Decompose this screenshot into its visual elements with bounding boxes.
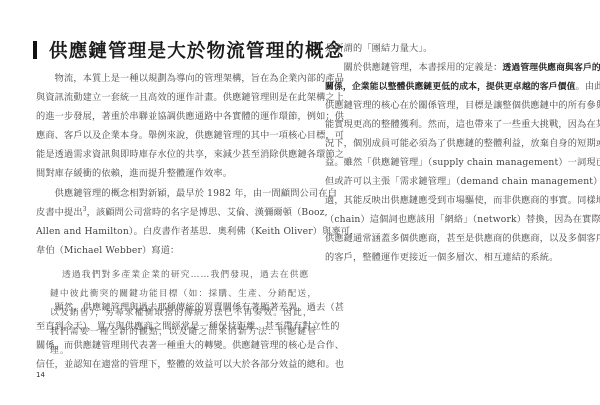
body-line: 益。雖然「供應鏈管理」（supply chain management）一詞現已… — [325, 157, 600, 169]
left-page: 供應鏈管理是大於物流管理的概念 物流，本質上是一種以規劃為導向的管理架構，旨在為… — [0, 0, 300, 405]
definition-bold: 透過管理供應商與客戶的上下游 — [502, 63, 600, 73]
body-line: 應商、客戶以及企業本身。舉例來說，供應鏈管理的其中一項核心目標，可 — [36, 130, 344, 142]
quote-line: 我們需要一種全新的觀點，以及隨之而來的新方法：供應鏈管 — [50, 326, 317, 338]
body-text: 。由此可見， — [576, 81, 600, 92]
body-line: 但或許可以主張「需求鏈管理」（demand chain management）可… — [325, 176, 600, 188]
body-line: 物流，本質上是一種以規劃為導向的管理架構，旨在為企業內部的產品 — [36, 73, 344, 85]
body-line: 的客戶，整體運作更接近一個多層次、相互連結的系統。 — [325, 252, 558, 264]
definition-bold: 關係，企業能以整體供應鏈更低的成本，提供更卓越的客戶價值 — [325, 82, 576, 92]
body-line: 供應鏈管理的核心在於關係管理，目標是讓整個供應鏈中的所有參與者都 — [325, 100, 600, 112]
body-line: 關係，企業能以整體供應鏈更低的成本，提供更卓越的客戶價值。由此可見， — [325, 81, 600, 93]
quote-line: 透過我們對多產業企業的研究……我們發現，過去在供應 — [62, 269, 309, 281]
body-line: 與資訊流動建立一套統一且高效的運作計畫。供應鏈管理則是在此架構之上 — [36, 92, 344, 104]
body-line: 能實現更高的整體獲利。然而，這也帶來了一些重大挑戰，因為在某些情 — [325, 119, 600, 131]
body-line: 供應鏈通常涵蓋多個供應商，甚至是供應商的供應商，以及多個客戶與客戶 — [325, 233, 600, 245]
body-line: 是所謂的「團結力量大」。 — [325, 43, 432, 55]
quote-line: 以及銷售），另尋求權衡取捨的傳統方法已不再奏效。因此， — [50, 307, 313, 319]
body-line: 適，其能反映出供應鏈應受到市場驅使，而非供應商的事實。同樣地，「鏈」 — [325, 195, 600, 207]
body-line: （chain）這個詞也應該用「網絡」（network）替換，因為在實際的情況中， — [325, 214, 600, 226]
body-line: 能是透過需求資訊與即時庫存水位的共享，來減少甚至消除供應鏈各環節之 — [36, 149, 344, 161]
body-text: 皮書中提出 — [36, 207, 83, 218]
body-line: 皮書中提出3，該顧問公司當時的名字是博思、艾倫、漢彌爾頓（Booz, — [36, 207, 328, 219]
section-heading: 供應鏈管理是大於物流管理的概念 — [33, 38, 345, 62]
body-text: 關於供應鏈管理，本書採用的定義是： — [325, 62, 502, 73]
body-line: 的進一步發展，著重於串聯並協調供應通路中各實體的運作環節，例如：供 — [36, 111, 344, 123]
body-line: 間對庫存緩衝的依賴，進而提升整體運作效率。 — [36, 168, 232, 180]
body-line: 供應鏈管理的概念相對新穎，最早於 1982 年，由一間顧問公司在白 — [36, 188, 337, 200]
body-line: 關於供應鏈管理，本書採用的定義是：透過管理供應商與客戶的上下游 — [325, 62, 600, 74]
right-page: 是所謂的「團結力量大」。 關於供應鏈管理，本書採用的定義是：透過管理供應商與客戶… — [300, 0, 600, 405]
quote-line: 理。 — [50, 345, 70, 357]
body-line: 況下，個別成員可能必須為了供應鏈的整體利益，放棄自身的短期或狹隘利 — [325, 138, 600, 150]
body-line: 韋伯（Michael Webber）寫道： — [36, 245, 179, 257]
body-text: ，該顧問公司當時的名字是博思、艾倫、漢彌爾頓（Booz, — [87, 207, 328, 218]
quote-line: 鏈中彼此衝突的關鍵功能目標（如：採購、生產、分銷配送， — [50, 288, 317, 300]
heading-bar-marker — [33, 41, 37, 59]
